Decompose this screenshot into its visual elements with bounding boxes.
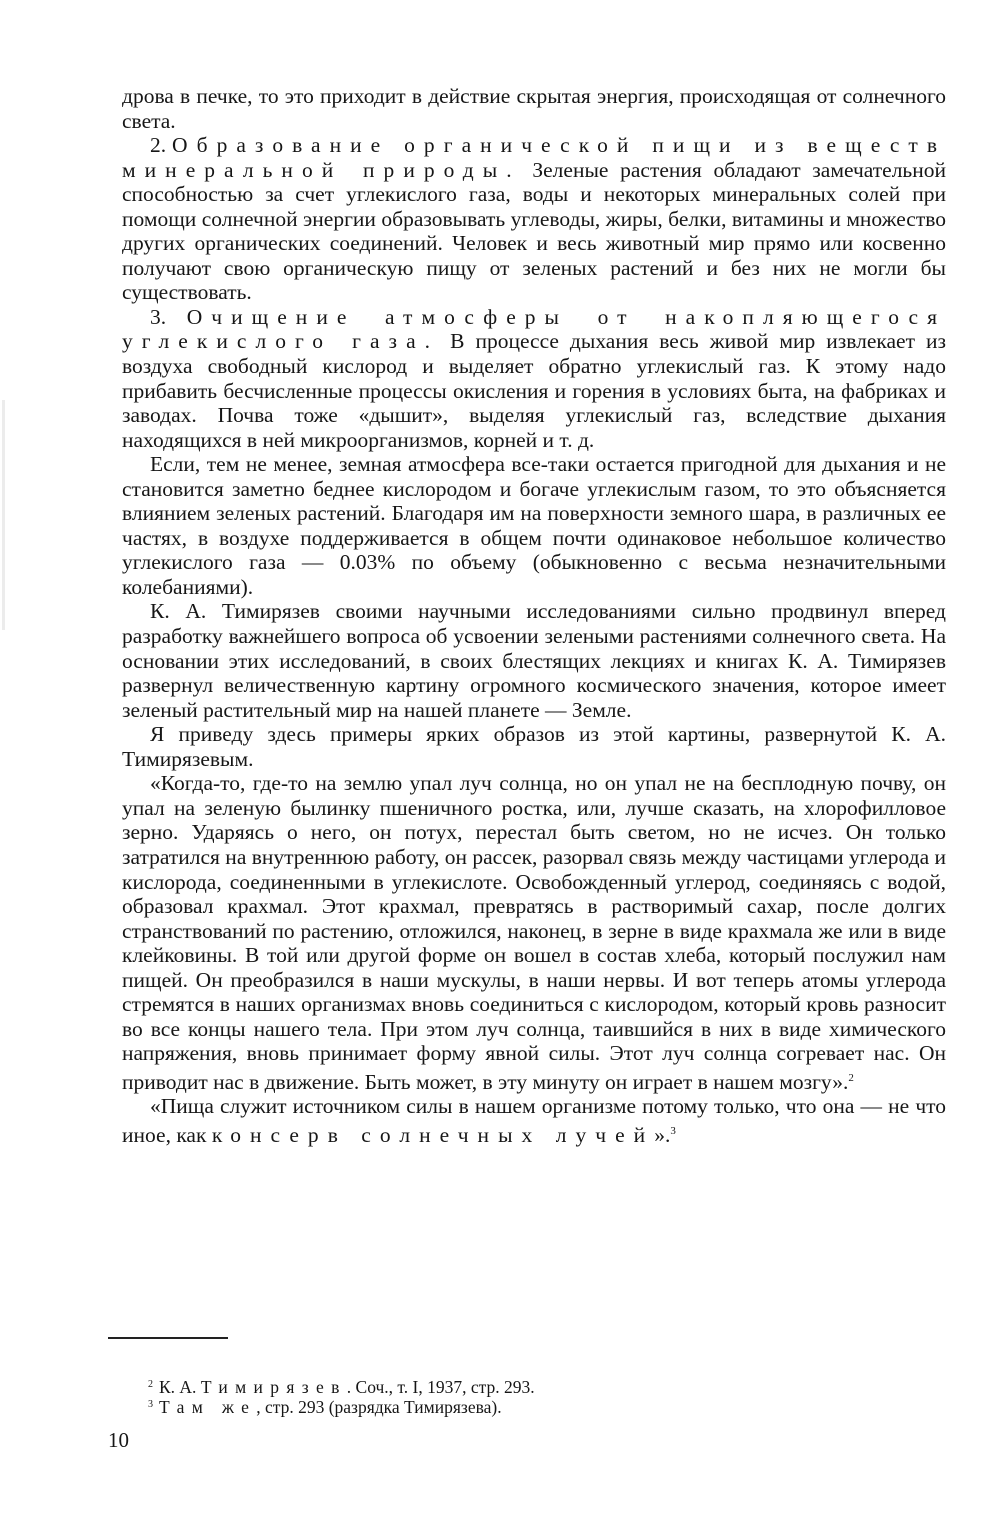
- footnote-separator: [108, 1337, 228, 1339]
- text-run: К. А. Тимирязев своими научными исследов…: [122, 599, 946, 721]
- spaced-emphasis: консерв солнечных лучей: [212, 1123, 654, 1147]
- scan-edge-artifact: [2, 400, 5, 630]
- paragraph: дрова в печке, то это приходит в действи…: [122, 84, 946, 133]
- paragraph: «Пища служит источником силы в нашем орг…: [122, 1094, 946, 1147]
- text-run: , стр. 293 (разрядка Тимирязева).: [256, 1397, 501, 1417]
- footnote-3: 3Там же, стр. 293 (разрядка Тимирязева).: [148, 1394, 848, 1418]
- footnote-mark: 2: [148, 1379, 153, 1390]
- text-run: 3.: [150, 305, 187, 329]
- text-run: Если, тем не менее, земная атмосфера все…: [122, 452, 946, 599]
- book-page: дрова в печке, то это приходит в действи…: [0, 0, 1000, 1527]
- footnote-ref: 2: [848, 1072, 854, 1084]
- paragraph: Я приведу здесь примеры ярких образов из…: [122, 722, 946, 771]
- text-run: «Когда-то, где-то на землю упал луч солн…: [122, 771, 946, 1094]
- paragraph: 3. Очищение атмосферы от накопляющегося …: [122, 305, 946, 452]
- spaced-emphasis: Там же: [159, 1397, 256, 1417]
- footnote-ref: 3: [670, 1125, 676, 1137]
- paragraph: К. А. Тимирязев своими научными исследов…: [122, 599, 946, 722]
- text-run: Я приведу здесь примеры ярких образов из…: [122, 722, 946, 771]
- body-text: дрова в печке, то это приходит в действи…: [122, 84, 946, 1148]
- paragraph: 2. Образование органической пищи из веще…: [122, 133, 946, 305]
- text-run: дрова в печке, то это приходит в действи…: [122, 84, 946, 133]
- text-run: ».: [654, 1123, 670, 1147]
- page-number: 10: [108, 1428, 129, 1453]
- paragraph: «Когда-то, где-то на землю упал луч солн…: [122, 771, 946, 1094]
- paragraph: Если, тем не менее, земная атмосфера все…: [122, 452, 946, 599]
- footnote-mark: 3: [148, 1399, 153, 1410]
- text-run: 2.: [150, 133, 172, 157]
